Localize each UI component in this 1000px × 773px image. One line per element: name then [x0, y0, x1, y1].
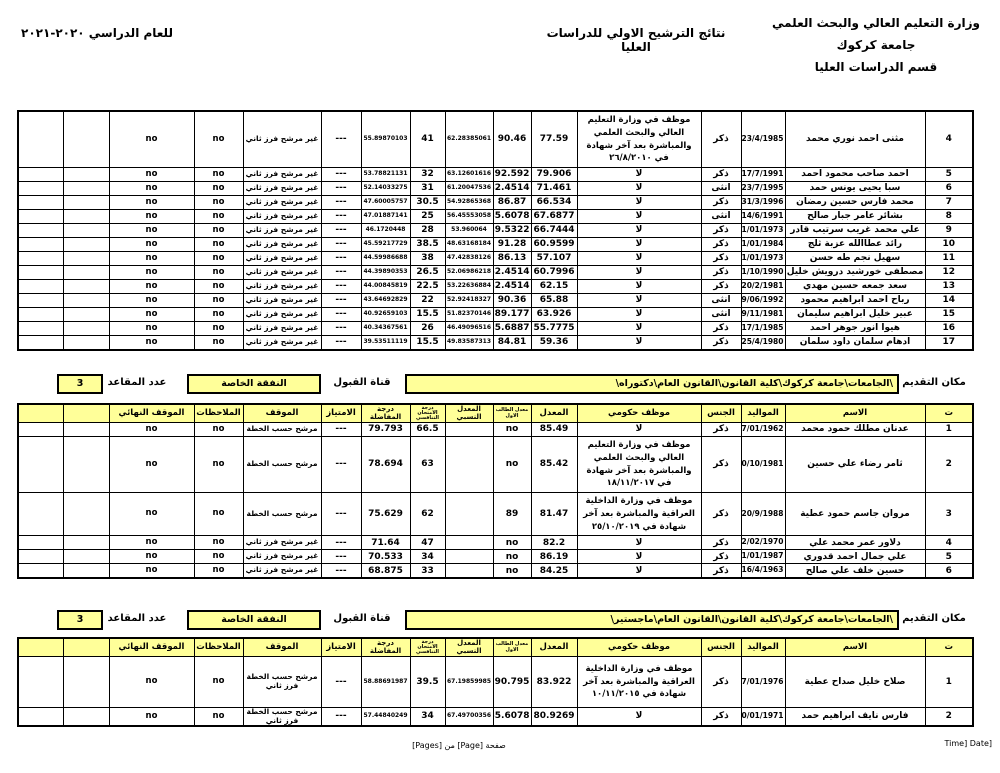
cell-gender: ذكر	[701, 550, 741, 564]
cell-excellence: ---	[321, 437, 361, 493]
cell-excellence: ---	[321, 550, 361, 564]
cell-seq: 3	[925, 493, 973, 536]
table-row: 10رائد عطاالله عزبة ثلج01/01/1984ذكرلا60…	[18, 238, 973, 252]
cell-first: no	[493, 536, 531, 550]
cell-excellence: ---	[321, 564, 361, 579]
cell-average: 85.42	[531, 437, 577, 493]
cell-final: no	[109, 224, 194, 238]
cell-gender: ذكر	[701, 423, 741, 437]
cell-competition: 79.793	[361, 423, 410, 437]
cell-excellence: ---	[321, 168, 361, 182]
cell-gender: انثى	[701, 308, 741, 322]
cell-name: سعد جمعه حسين مهدي	[785, 280, 925, 294]
table-row: 1صلاح خليل صداح عطية07/01/1976ذكرموظف في…	[18, 657, 973, 708]
cell-extra2	[18, 657, 63, 708]
cell-first: 85.6078	[493, 210, 531, 224]
cell-employee: لا	[577, 536, 701, 550]
cell-extra1	[63, 210, 109, 224]
cell-notes: no	[194, 564, 243, 579]
cell-competition: 68.875	[361, 564, 410, 579]
cell-name: هيوا انور جوهر احمد	[785, 322, 925, 336]
cell-extra2	[18, 536, 63, 550]
cell-competition: 75.629	[361, 493, 410, 536]
seats-count-label: عدد المقاعد	[106, 613, 168, 624]
cell-excellence: ---	[321, 322, 361, 336]
admission-channel-value: النفقة الخاصة	[187, 374, 321, 394]
cell-relative: 67.49700356	[445, 708, 493, 727]
cell-notes: no	[194, 168, 243, 182]
table-row: 6حسين خلف علي صالح16/4/1963ذكرلا84.25no3…	[18, 564, 973, 579]
cell-extra2	[18, 238, 63, 252]
cell-position: غير مرشح فرز ثاني	[243, 336, 321, 351]
cell-extra1	[63, 336, 109, 351]
cell-extra2	[18, 182, 63, 196]
cell-average: 65.88	[531, 294, 577, 308]
ministry-line: وزارة التعليم العالي والبحث العلمي	[762, 12, 990, 34]
cell-name: ثامر رضاء علي حسين	[785, 437, 925, 493]
cell-dob: 01/01/1973	[741, 252, 785, 266]
cell-relative	[445, 437, 493, 493]
cell-extra1	[63, 252, 109, 266]
cell-exam: 34	[410, 708, 445, 727]
cell-notes: no	[194, 536, 243, 550]
table-row: 12مصطفى خورشيد درويش خليل11/10/1990ذكرلا…	[18, 266, 973, 280]
cell-final: no	[109, 196, 194, 210]
cell-notes: no	[194, 308, 243, 322]
cell-extra2	[18, 336, 63, 351]
cell-seq: 9	[925, 224, 973, 238]
cell-relative	[445, 536, 493, 550]
cell-seq: 7	[925, 196, 973, 210]
cell-extra1	[63, 322, 109, 336]
cell-relative: 49.83587313	[445, 336, 493, 351]
cell-average: 59.36	[531, 336, 577, 351]
column-header-name: الاسم	[785, 638, 925, 657]
column-header-competitive-exam: درجة الامتحان التنافسي	[410, 404, 445, 423]
column-header-average: المعدل	[531, 404, 577, 423]
cell-name: عدنان مطلك حمود محمد	[785, 423, 925, 437]
column-header-seq: ت	[925, 404, 973, 423]
cell-position: غير مرشح فرز ثاني	[243, 564, 321, 579]
cell-relative: 51.82370146	[445, 308, 493, 322]
university-line: جامعة كركوك	[762, 34, 990, 56]
cell-extra2	[18, 224, 63, 238]
table-row: 5علي جمال احمد قدوري01/01/1987ذكرلا86.19…	[18, 550, 973, 564]
cell-extra1	[63, 657, 109, 708]
cell-employee: لا	[577, 708, 701, 727]
cell-dob: 07/01/1962	[741, 423, 785, 437]
cell-exam: 26.5	[410, 266, 445, 280]
cell-final: no	[109, 657, 194, 708]
cell-competition: 57.44840249	[361, 708, 410, 727]
cell-position: غير مرشح فرز ثاني	[243, 252, 321, 266]
cell-first: 90.795	[493, 657, 531, 708]
cell-extra1	[63, 423, 109, 437]
cell-gender: انثى	[701, 210, 741, 224]
cell-competition: 44.00845819	[361, 280, 410, 294]
cell-average: 67.6877	[531, 210, 577, 224]
cell-extra2	[18, 322, 63, 336]
cell-relative: 62.28385061	[445, 111, 493, 168]
results-table-masters: ت الاسم المواليد الجنس موظف حكومي المعدل…	[17, 637, 974, 727]
table-row: 9علي محمد غريب سرتيب قادر01/01/1973ذكرلا…	[18, 224, 973, 238]
cell-employee: لا	[577, 168, 701, 182]
apply-place-value: \الجامعات\جامعة كركوك\كلية القانون\القان…	[405, 374, 899, 394]
cell-first: 86.13	[493, 252, 531, 266]
cell-competition: 39.53511119	[361, 336, 410, 351]
cell-seq: 6	[925, 182, 973, 196]
cell-name: سبا يحيى يونس حمد	[785, 182, 925, 196]
cell-excellence: ---	[321, 294, 361, 308]
cell-relative	[445, 564, 493, 579]
cell-final: no	[109, 708, 194, 727]
table-row: 8بشائر عامر جبار صالح14/6/1991انثىلا67.6…	[18, 210, 973, 224]
cell-competition: 44.39890353	[361, 266, 410, 280]
cell-final: no	[109, 210, 194, 224]
cell-dob: 16/4/1963	[741, 564, 785, 579]
admission-channel-label: قناة القبول	[329, 377, 395, 388]
cell-average: 66.534	[531, 196, 577, 210]
cell-excellence: ---	[321, 182, 361, 196]
cell-seq: 15	[925, 308, 973, 322]
cell-dob: 11/10/1990	[741, 266, 785, 280]
cell-first: 82.4514	[493, 280, 531, 294]
cell-first: no	[493, 423, 531, 437]
cell-extra2	[18, 210, 63, 224]
cell-exam: 47	[410, 536, 445, 550]
cell-first: 82.4514	[493, 182, 531, 196]
table-header: ت الاسم المواليد الجنس موظف حكومي المعدل…	[18, 638, 973, 657]
cell-average: 60.9599	[531, 238, 577, 252]
column-header-relative-average: المعدل النسبي	[445, 638, 493, 657]
cell-final: no	[109, 111, 194, 168]
column-header-position: الموقف	[243, 404, 321, 423]
cell-extra1	[63, 280, 109, 294]
column-header-first-student-average: معدل الطالب الاول	[493, 404, 531, 423]
table-row: 7محمد فارس حسين رمضان31/3/1996ذكرلا66.53…	[18, 196, 973, 210]
cell-gender: ذكر	[701, 196, 741, 210]
cell-dob: 20/9/1988	[741, 493, 785, 536]
cell-gender: ذكر	[701, 536, 741, 550]
cell-competition: 43.64692829	[361, 294, 410, 308]
cell-average: 79.906	[531, 168, 577, 182]
cell-competition: 45.59217729	[361, 238, 410, 252]
column-header-position: الموقف	[243, 638, 321, 657]
cell-extra2	[18, 294, 63, 308]
cell-notes: no	[194, 423, 243, 437]
cell-exam: 39.5	[410, 657, 445, 708]
seats-count-label: عدد المقاعد	[106, 377, 168, 388]
cell-relative: 56.45553058	[445, 210, 493, 224]
cell-relative: 48.63168184	[445, 238, 493, 252]
cell-relative: 67.19859985	[445, 657, 493, 708]
cell-dob: 10/10/1981	[741, 437, 785, 493]
column-header-extra2	[18, 404, 63, 423]
table-row: 3مروان جاسم حمود عطية20/9/1988ذكرموظف في…	[18, 493, 973, 536]
cell-position: غير مرشح فرز ثاني	[243, 266, 321, 280]
column-header-extra1	[63, 638, 109, 657]
cell-extra2	[18, 168, 63, 182]
cell-average: 57.107	[531, 252, 577, 266]
cell-average: 83.922	[531, 657, 577, 708]
apply-place-value: \الجامعات\جامعة كركوك\كلية القانون\القان…	[405, 610, 899, 630]
cell-notes: no	[194, 111, 243, 168]
cell-gender: ذكر	[701, 336, 741, 351]
cell-employee: موظف في وزارة الداخلية العراقية والمباشر…	[577, 657, 701, 708]
cell-final: no	[109, 564, 194, 579]
column-header-excellence: الامتياز	[321, 638, 361, 657]
cell-employee: لا	[577, 224, 701, 238]
cell-extra2	[18, 280, 63, 294]
table-row: 16هيوا انور جوهر احمد17/1/1985ذكرلا55.77…	[18, 322, 973, 336]
cell-average: 63.926	[531, 308, 577, 322]
department-line: قسم الدراسات العليا	[762, 56, 990, 78]
column-header-excellence: الامتياز	[321, 404, 361, 423]
cell-first: 90.46	[493, 111, 531, 168]
cell-exam: 15.5	[410, 336, 445, 351]
table-header: ت الاسم المواليد الجنس موظف حكومي المعدل…	[18, 404, 973, 423]
table-body: 1عدنان مطلك حمود محمد07/01/1962ذكرلا85.4…	[18, 423, 973, 579]
cell-dob: 25/4/1980	[741, 336, 785, 351]
cell-gender: ذكر	[701, 111, 741, 168]
header-row: ت الاسم المواليد الجنس موظف حكومي المعدل…	[18, 638, 973, 657]
cell-seq: 6	[925, 564, 973, 579]
cell-competition: 44.59986688	[361, 252, 410, 266]
column-header-notes: الملاحظات	[194, 404, 243, 423]
cell-extra1	[63, 111, 109, 168]
cell-gender: ذكر	[701, 238, 741, 252]
cell-name: رباح احمد ابراهيم محمود	[785, 294, 925, 308]
column-header-relative-average: المعدل النسبي	[445, 404, 493, 423]
cell-name: محمد فارس حسين رمضان	[785, 196, 925, 210]
cell-excellence: ---	[321, 493, 361, 536]
column-header-extra2	[18, 638, 63, 657]
header-row: ت الاسم المواليد الجنس موظف حكومي المعدل…	[18, 404, 973, 423]
cell-seq: 1	[925, 657, 973, 708]
table-row: 1عدنان مطلك حمود محمد07/01/1962ذكرلا85.4…	[18, 423, 973, 437]
cell-relative	[445, 423, 493, 437]
cell-average: 55.7775	[531, 322, 577, 336]
cell-final: no	[109, 336, 194, 351]
cell-extra2	[18, 196, 63, 210]
cell-name: فارس نايف ابراهيم حمد	[785, 708, 925, 727]
cell-exam: 41	[410, 111, 445, 168]
cell-excellence: ---	[321, 196, 361, 210]
column-header-gender: الجنس	[701, 404, 741, 423]
table-row: 15عبير خليل ابراهيم سليمان29/11/1981انثى…	[18, 308, 973, 322]
cell-dob: 07/01/1976	[741, 657, 785, 708]
cell-exam: 28	[410, 224, 445, 238]
cell-first: 89	[493, 493, 531, 536]
cell-excellence: ---	[321, 308, 361, 322]
cell-notes: no	[194, 280, 243, 294]
cell-name: دلاور عمر محمد علي	[785, 536, 925, 550]
cell-dob: 29/11/1981	[741, 308, 785, 322]
cell-employee: لا	[577, 238, 701, 252]
cell-dob: 14/6/1991	[741, 210, 785, 224]
cell-gender: ذكر	[701, 322, 741, 336]
cell-seq: 12	[925, 266, 973, 280]
cell-average: 82.2	[531, 536, 577, 550]
column-header-dob: المواليد	[741, 404, 785, 423]
cell-name: احمد صاحب محمود احمد	[785, 168, 925, 182]
column-header-gender: الجنس	[701, 638, 741, 657]
cell-extra2	[18, 708, 63, 727]
cell-employee: لا	[577, 550, 701, 564]
cell-extra2	[18, 493, 63, 536]
cell-employee: لا	[577, 336, 701, 351]
cell-extra1	[63, 182, 109, 196]
cell-employee: لا	[577, 266, 701, 280]
cell-name: سهيل نجم طه حسن	[785, 252, 925, 266]
column-header-competition-score: درجة المفاضلة	[361, 404, 410, 423]
seats-count-value: 3	[57, 374, 103, 394]
cell-gender: انثى	[701, 182, 741, 196]
cell-extra1	[63, 536, 109, 550]
cell-notes: no	[194, 294, 243, 308]
cell-position: غير مرشح فرز ثاني	[243, 210, 321, 224]
cell-notes: no	[194, 657, 243, 708]
cell-notes: no	[194, 224, 243, 238]
column-header-name: الاسم	[785, 404, 925, 423]
cell-exam: 32	[410, 168, 445, 182]
cell-employee: لا	[577, 210, 701, 224]
table-row: 5احمد صاحب محمود احمد17/7/1991ذكرلا79.90…	[18, 168, 973, 182]
cell-average: 77.59	[531, 111, 577, 168]
cell-final: no	[109, 308, 194, 322]
cell-position: غير مرشح فرز ثاني	[243, 550, 321, 564]
cell-notes: no	[194, 238, 243, 252]
cell-notes: no	[194, 708, 243, 727]
cell-employee: لا	[577, 294, 701, 308]
cell-first: no	[493, 437, 531, 493]
admission-channel-label: قناة القبول	[329, 613, 395, 624]
cell-excellence: ---	[321, 224, 361, 238]
cell-position: مرشح حسب الخطة	[243, 437, 321, 493]
cell-first: 89.177	[493, 308, 531, 322]
cell-final: no	[109, 294, 194, 308]
results-table-doctorate: ت الاسم المواليد الجنس موظف حكومي المعدل…	[17, 403, 974, 579]
cell-notes: no	[194, 493, 243, 536]
cell-relative	[445, 550, 493, 564]
cell-employee: لا	[577, 423, 701, 437]
cell-position: غير مرشح فرز ثاني	[243, 168, 321, 182]
cell-relative: 63.12601616	[445, 168, 493, 182]
cell-excellence: ---	[321, 266, 361, 280]
cell-final: no	[109, 550, 194, 564]
cell-excellence: ---	[321, 280, 361, 294]
cell-seq: 11	[925, 252, 973, 266]
cell-extra2	[18, 550, 63, 564]
cell-average: 71.461	[531, 182, 577, 196]
cell-competition: 52.14033275	[361, 182, 410, 196]
cell-exam: 62	[410, 493, 445, 536]
cell-position: غير مرشح فرز ثاني	[243, 536, 321, 550]
cell-dob: 01/01/1973	[741, 224, 785, 238]
cell-extra1	[63, 224, 109, 238]
cell-average: 86.19	[531, 550, 577, 564]
cell-extra2	[18, 437, 63, 493]
cell-first: no	[493, 564, 531, 579]
cell-extra1	[63, 308, 109, 322]
cell-excellence: ---	[321, 336, 361, 351]
cell-seq: 4	[925, 111, 973, 168]
column-header-employee: موظف حكومي	[577, 638, 701, 657]
cell-employee: موظف في وزارة التعليم العالي والبحث العل…	[577, 437, 701, 493]
cell-dob: 17/7/1991	[741, 168, 785, 182]
cell-competition: 58.88691987	[361, 657, 410, 708]
table-row: 4دلاور عمر محمد علي12/02/1970ذكرلا82.2no…	[18, 536, 973, 550]
cell-gender: ذكر	[701, 708, 741, 727]
seats-count-value: 3	[57, 610, 103, 630]
cell-gender: ذكر	[701, 493, 741, 536]
cell-final: no	[109, 322, 194, 336]
cell-name: عبير خليل ابراهيم سليمان	[785, 308, 925, 322]
cell-extra1	[63, 437, 109, 493]
apply-place-label: مكان التقديم	[901, 613, 967, 624]
cell-first: 86.87	[493, 196, 531, 210]
table-row: 4مثنى احمد نوري محمد23/4/1985ذكرموظف في …	[18, 111, 973, 168]
cell-relative: 53.960064	[445, 224, 493, 238]
cell-position: مرشح حسب الخطة	[243, 493, 321, 536]
cell-seq: 5	[925, 168, 973, 182]
cell-exam: 66.5	[410, 423, 445, 437]
cell-competition: 70.533	[361, 550, 410, 564]
footer-page-indicator: صفحة [Page] من [Pages]	[404, 741, 514, 750]
cell-gender: ذكر	[701, 280, 741, 294]
table-body: 4مثنى احمد نوري محمد23/4/1985ذكرموظف في …	[18, 111, 973, 350]
column-header-competitive-exam: درجة الامتحان التنافسي	[410, 638, 445, 657]
cell-relative: 61.20047536	[445, 182, 493, 196]
table-row: 11سهيل نجم طه حسن01/01/1973ذكرلا57.10786…	[18, 252, 973, 266]
cell-extra2	[18, 266, 63, 280]
cell-first: 89.5322	[493, 224, 531, 238]
cell-gender: انثى	[701, 294, 741, 308]
cell-dob: 17/1/1985	[741, 322, 785, 336]
cell-final: no	[109, 437, 194, 493]
cell-seq: 13	[925, 280, 973, 294]
results-table-doctorate-continued: 4مثنى احمد نوري محمد23/4/1985ذكرموظف في …	[17, 110, 974, 351]
cell-excellence: ---	[321, 252, 361, 266]
cell-notes: no	[194, 266, 243, 280]
cell-seq: 17	[925, 336, 973, 351]
cell-average: 85.49	[531, 423, 577, 437]
cell-dob: 23/4/1985	[741, 111, 785, 168]
cell-gender: ذكر	[701, 437, 741, 493]
cell-average: 60.7996	[531, 266, 577, 280]
table-row: 2ثامر رضاء علي حسين10/10/1981ذكرموظف في …	[18, 437, 973, 493]
cell-extra1	[63, 550, 109, 564]
cell-exam: 26	[410, 322, 445, 336]
column-header-extra1	[63, 404, 109, 423]
cell-exam: 38.5	[410, 238, 445, 252]
cell-notes: no	[194, 550, 243, 564]
table-row: 2فارس نايف ابراهيم حمد10/01/1971ذكرلا80.…	[18, 708, 973, 727]
cell-extra2	[18, 111, 63, 168]
cell-notes: no	[194, 336, 243, 351]
cell-seq: 2	[925, 708, 973, 727]
cell-dob: 01/01/1987	[741, 550, 785, 564]
column-header-first-student-average: معدل الطالب الاول	[493, 638, 531, 657]
cell-position: غير مرشح فرز ثاني	[243, 196, 321, 210]
cell-position: مرشح حسب الخطة	[243, 423, 321, 437]
cell-first: 92.592	[493, 168, 531, 182]
cell-excellence: ---	[321, 708, 361, 727]
admission-channel-value: النفقة الخاصة	[187, 610, 321, 630]
table-row: 14رباح احمد ابراهيم محمود09/06/1992انثىل…	[18, 294, 973, 308]
cell-seq: 14	[925, 294, 973, 308]
cell-exam: 31	[410, 182, 445, 196]
